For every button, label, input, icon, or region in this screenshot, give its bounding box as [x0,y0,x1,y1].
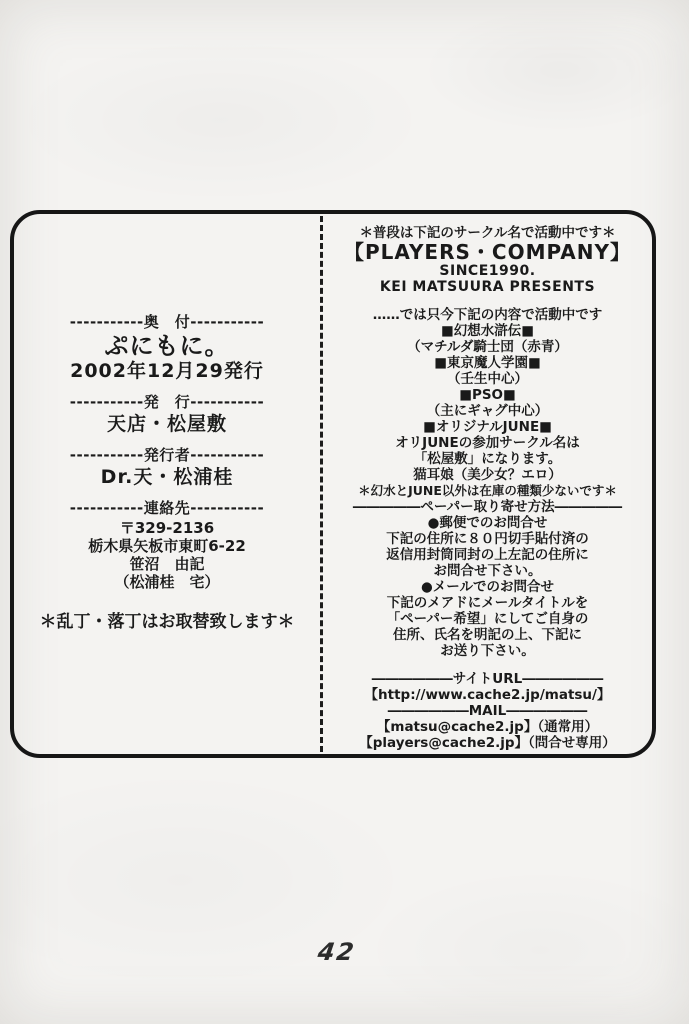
text-line: （壬生中心） [323,371,652,387]
text-line: ―――――ペーパー取り寄せ方法――――― [323,499,652,515]
text-line: ■東京魔人学園■ [323,355,652,371]
text-line: ＊幻水とJUNE以外は在庫の種類少ないです＊ [323,483,652,499]
circle-info-column: ＊普段は下記のサークル名で活動中です＊ 【PLAYERS・COMPANY】 SI… [323,214,652,754]
text-line: ＊普段は下記のサークル名で活動中です＊ [323,225,652,241]
text-line: 天店・松屋敷 [14,413,320,436]
text-line: 「松屋敷」になります。 [323,451,652,467]
text-line: ■オリジナルJUNE■ [323,419,652,435]
text-line: ……では只今下記の内容で活動中です [323,307,652,323]
text-line: （主にギャグ中心） [323,403,652,419]
text-line: お送り下さい。 [323,643,652,659]
text-line: -----------発行者----------- [14,445,320,466]
text-line: 2002年12月29発行 [14,360,320,383]
page-number: 42 [316,938,357,966]
text-line: SINCE1990. [323,263,652,279]
text-line: 下記の住所に８０円切手貼付済の [323,531,652,547]
text-line: オリJUNEの参加サークル名は [323,435,652,451]
text-line: ●メールでのお問合せ [323,579,652,595]
text-line: 笹沼 由記 [14,555,320,573]
text-line: Dr.天・松浦桂 [14,466,320,489]
text-line: KEI MATSUURA PRESENTS [323,279,652,295]
text-line: ＊乱丁・落丁はお取替致します＊ [14,607,320,632]
text-line: （松浦桂 宅） [14,573,320,591]
text-line: 住所、氏名を明記の上、下記に [323,627,652,643]
colophon-box: -----------奥 付----------- ぷにもに。 2002年12月… [10,210,656,758]
text-line: お問合せ下さい。 [323,563,652,579]
text-line: -----------奥 付----------- [14,312,320,333]
text-line: ●郵便でのお問合せ [323,515,652,531]
text-line: ――――――MAIL―――――― [323,703,652,719]
text-line: ■PSO■ [323,387,652,403]
text-line: 【players@cache2.jp】（問合せ専用） [323,735,652,751]
text-line: 返信用封筒同封の上左記の住所に [323,547,652,563]
text-line: 〒329-2136 [14,519,320,537]
text-line: 栃木県矢板市東町6-22 [14,537,320,555]
text-line: -----------発 行----------- [14,392,320,413]
text-line: -----------連絡先----------- [14,498,320,519]
text-line: ――――――サイトURL―――――― [323,671,652,687]
text-line: 猫耳娘（美少女？エロ） [323,467,652,483]
text-line: （マチルダ騎士団（赤青） [323,339,652,355]
colophon-column: -----------奥 付----------- ぷにもに。 2002年12月… [14,214,320,754]
text-line: ぷにもに。 [14,333,320,360]
text-line: 「ペーパー希望」にしてご自身の [323,611,652,627]
text-line: ■幻想水滸伝■ [323,323,652,339]
text-line: 【PLAYERS・COMPANY】 [323,241,652,263]
text-line: 下記のメアドにメールタイトルを [323,595,652,611]
text-line: 【http://www.cache2.jp/matsu/】 [323,687,652,703]
text-line: 【matsu@cache2.jp】（通常用） [323,719,652,735]
